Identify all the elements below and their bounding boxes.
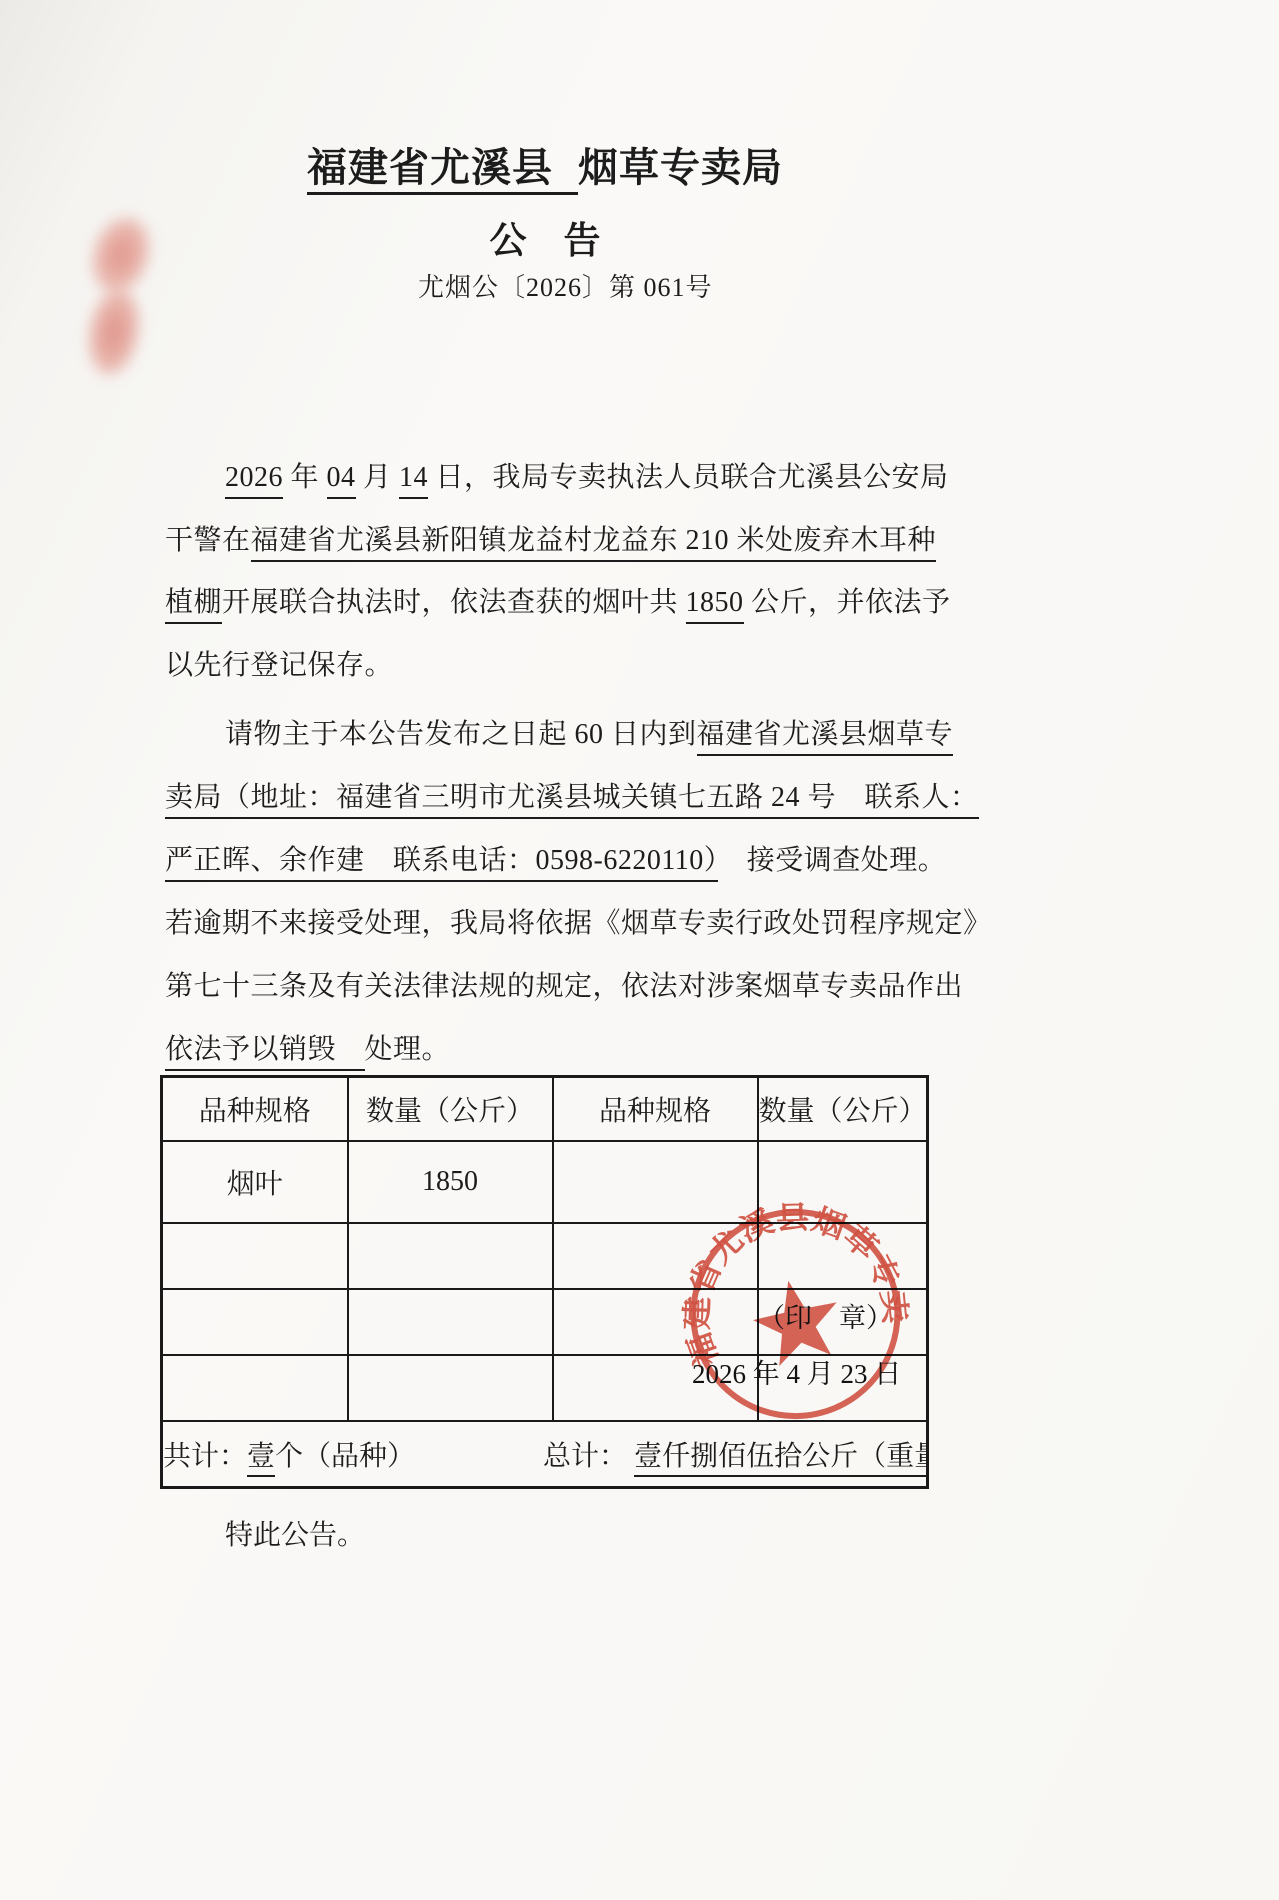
page-title: 福建省尤溪县 烟草专卖局 (165, 136, 925, 193)
underlined-text: 福建省尤溪县新阳镇龙益村龙益东 210 米处废弃木耳种 (251, 525, 937, 562)
title-rest: 烟草专卖局 (578, 145, 783, 190)
body-text: 第七十三条及有关法律法规的规定，依法对涉案烟草专卖品作出 (165, 971, 963, 1002)
underlined-text: 卖局（地址：福建省三明市尤溪县城关镇七五路 24 号 联系人： (165, 782, 979, 819)
underlined-text: 2026 (225, 462, 283, 499)
title-underlined: 福建省尤溪县 (307, 145, 578, 195)
seizure-table: 品种规格 数量（公斤） 品种规格 数量（公斤） 烟叶 1850 (160, 1075, 929, 1489)
col-header-variety: 品种规格 (553, 1077, 758, 1142)
body-text: 以先行登记保存。 (165, 650, 393, 681)
body-text: 请物主于本公告发布之日起 60 日内到 (225, 719, 697, 750)
body-line: 严正晖、余作建 联系电话：0598-6220110） 接受调查处理。 (165, 838, 946, 878)
cell-quantity (348, 1355, 553, 1421)
total-label: 共计： (163, 1441, 247, 1472)
document-page: 福建省尤溪县 烟草专卖局 公 告 尤烟公〔2026〕第 061号 2026 年 … (0, 0, 1279, 1900)
cell-quantity (348, 1289, 553, 1355)
col-header-quantity: 数量（公斤） (348, 1077, 553, 1142)
col-header-quantity: 数量（公斤） (758, 1077, 928, 1142)
body-line: 干警在福建省尤溪县新阳镇龙益村龙益东 210 米处废弃木耳种 (165, 518, 936, 558)
document-number: 尤烟公〔2026〕第 061号 (418, 267, 713, 304)
col-header-variety: 品种规格 (162, 1077, 348, 1142)
announcement-date: 2026 年 4 月 23 日 (692, 1352, 901, 1391)
body-line: 2026 年 04 月 14 日，我局专卖执法人员联合尤溪县公安局 (225, 455, 949, 495)
sum-value: 壹仟捌佰伍拾公斤（重量） (634, 1441, 927, 1477)
body-text: 月 (356, 462, 400, 493)
cell-variety: 烟叶 (162, 1141, 348, 1223)
underlined-text: 依法予以销毁 (165, 1034, 365, 1071)
sum-label: 总计： (543, 1441, 634, 1472)
body-text: 日，我局专卖执法人员联合尤溪县公安局 (428, 462, 949, 493)
body-line: 植棚开展联合执法时，依法查获的烟叶共 1850 公斤，并依法予 (165, 580, 951, 620)
table-footer-row: 共计：壹个（品种）总计： 壹仟捌佰伍拾公斤（重量） (162, 1421, 928, 1488)
seal-placeholder-label: （印 章） (758, 1296, 893, 1335)
body-text: 若逾期不来接受处理，我局将依据《烟草专卖行政处罚程序规定》 (165, 908, 992, 939)
body-line: 卖局（地址：福建省三明市尤溪县城关镇七五路 24 号 联系人： (165, 775, 979, 815)
announcement-heading: 公 告 (165, 210, 925, 264)
closing-statement: 特此公告。 (225, 1513, 365, 1553)
body-line: 依法予以销毁 处理。 (165, 1027, 450, 1067)
cell-variety (162, 1355, 348, 1421)
body-text: 干警在 (165, 525, 251, 556)
body-line: 以先行登记保存。 (165, 643, 393, 683)
body-text: 公斤，并依法予 (744, 587, 951, 618)
red-ink-stain (81, 207, 162, 303)
body-line: 请物主于本公告发布之日起 60 日内到福建省尤溪县烟草专 (225, 712, 953, 752)
body-text: 开展联合执法时，依法查获的烟叶共 (222, 587, 686, 618)
underlined-text: 福建省尤溪县烟草专 (697, 719, 954, 756)
underlined-text: 1850 (686, 587, 744, 624)
cell-variety (553, 1289, 758, 1355)
table-row: 烟叶 1850 (162, 1141, 928, 1223)
cell-quantity (758, 1223, 928, 1289)
underlined-text: 植棚 (165, 587, 222, 624)
table-header-row: 品种规格 数量（公斤） 品种规格 数量（公斤） (162, 1077, 928, 1142)
cell-variety (553, 1223, 758, 1289)
cell-quantity: 1850 (348, 1141, 553, 1223)
body-text: 接受调查处理。 (718, 845, 946, 876)
cell-variety (162, 1223, 348, 1289)
red-ink-stain (80, 282, 147, 382)
underlined-text: 严正晖、余作建 联系电话：0598-6220110） (165, 845, 718, 882)
body-text: 处理。 (365, 1034, 451, 1065)
table-row (162, 1223, 928, 1289)
cell-quantity (348, 1223, 553, 1289)
underlined-text: 04 (327, 462, 356, 499)
body-line: 若逾期不来接受处理，我局将依据《烟草专卖行政处罚程序规定》 (165, 901, 992, 941)
total-count: 壹 (247, 1441, 275, 1477)
body-line: 第七十三条及有关法律法规的规定，依法对涉案烟草专卖品作出 (165, 964, 963, 1004)
underlined-text: 14 (399, 462, 428, 499)
cell-quantity (758, 1141, 928, 1223)
cell-variety (553, 1141, 758, 1223)
table-totals: 共计：壹个（品种）总计： 壹仟捌佰伍拾公斤（重量） (162, 1421, 928, 1488)
body-text: 年 (283, 462, 327, 493)
cell-variety (162, 1289, 348, 1355)
total-suffix: 个（品种） (275, 1441, 415, 1472)
